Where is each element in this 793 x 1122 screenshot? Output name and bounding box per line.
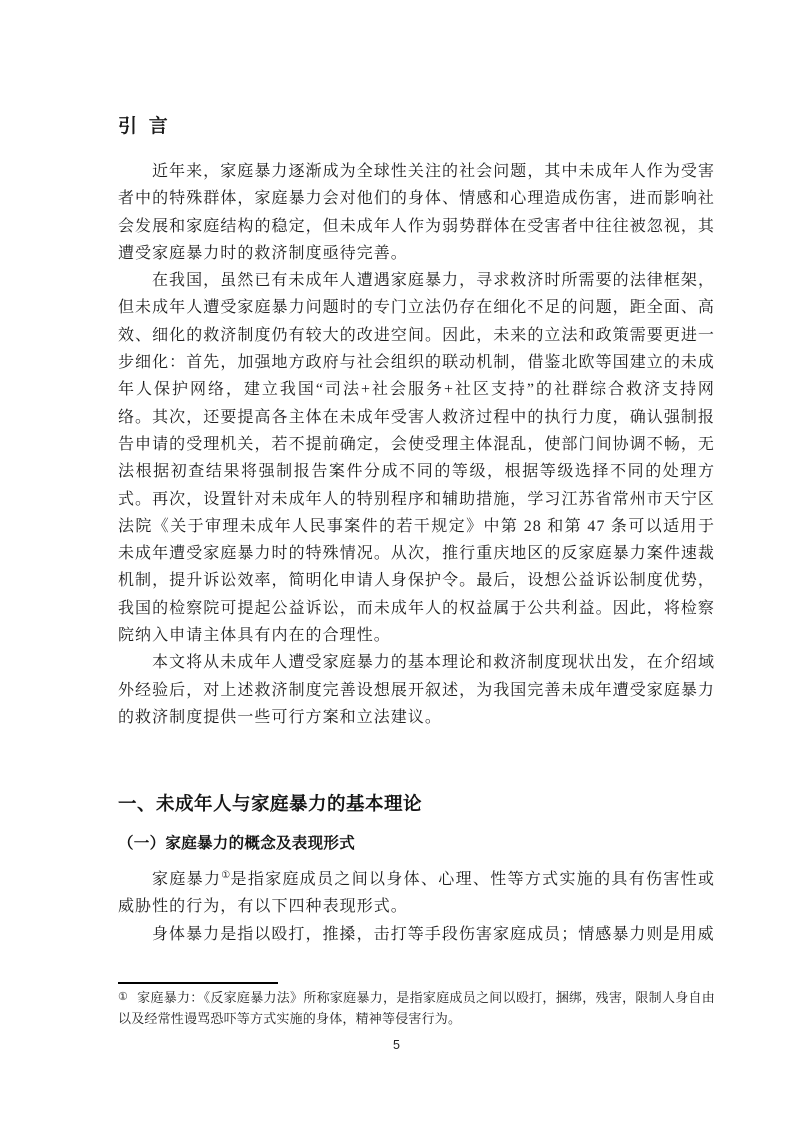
definition-paragraph: 家庭暴力①是指家庭成员之间以身体、心理、性等方式实施的具有伤害性或威胁性的行为，… [118, 866, 715, 921]
subsection-paragraphs: 家庭暴力①是指家庭成员之间以身体、心理、性等方式实施的具有伤害性或威胁性的行为，… [118, 866, 715, 948]
intro-paragraph-2: 在我国，虽然已有未成年人遭遇家庭暴力，寻求救济时所需要的法律框架，但未成年人遭受… [118, 267, 715, 649]
intro-paragraph-1: 近年来，家庭暴力逐渐成为全球性关注的社会问题，其中未成年人作为受害者中的特殊群体… [118, 158, 715, 267]
intro-paragraphs: 近年来，家庭暴力逐渐成为全球性关注的社会问题，其中未成年人作为受害者中的特殊群体… [118, 158, 715, 731]
footnote-reference-mark: ① [221, 870, 230, 881]
document-page: 引 言 近年来，家庭暴力逐渐成为全球性关注的社会问题，其中未成年人作为受害者中的… [0, 0, 793, 1122]
subsection-heading: （一）家庭暴力的概念及表现形式 [118, 833, 355, 854]
intro-title: 引 言 [118, 115, 169, 139]
footnote-separator-line [118, 982, 278, 984]
intro-paragraph-3: 本文将从未成年人遭受家庭暴力的基本理论和救济制度现状出发，在介绍域外经验后，对上… [118, 649, 715, 731]
footnote: ①家庭暴力：《反家庭暴力法》所称家庭暴力，是指家庭成员之间以殴打，捆绑，残害，限… [118, 987, 715, 1029]
footnote-marker: ① [118, 991, 137, 1003]
forms-paragraph: 身体暴力是指以殴打，推搡，击打等手段伤害家庭成员；情感暴力则是用威 [118, 921, 715, 948]
definition-text-before-ref: 家庭暴力 [152, 871, 221, 888]
page-number: 5 [0, 1037, 793, 1053]
section-heading: 一、未成年人与家庭暴力的基本理论 [118, 791, 422, 816]
footnote-text: 家庭暴力：《反家庭暴力法》所称家庭暴力，是指家庭成员之间以殴打，捆绑，残害，限制… [118, 990, 715, 1026]
